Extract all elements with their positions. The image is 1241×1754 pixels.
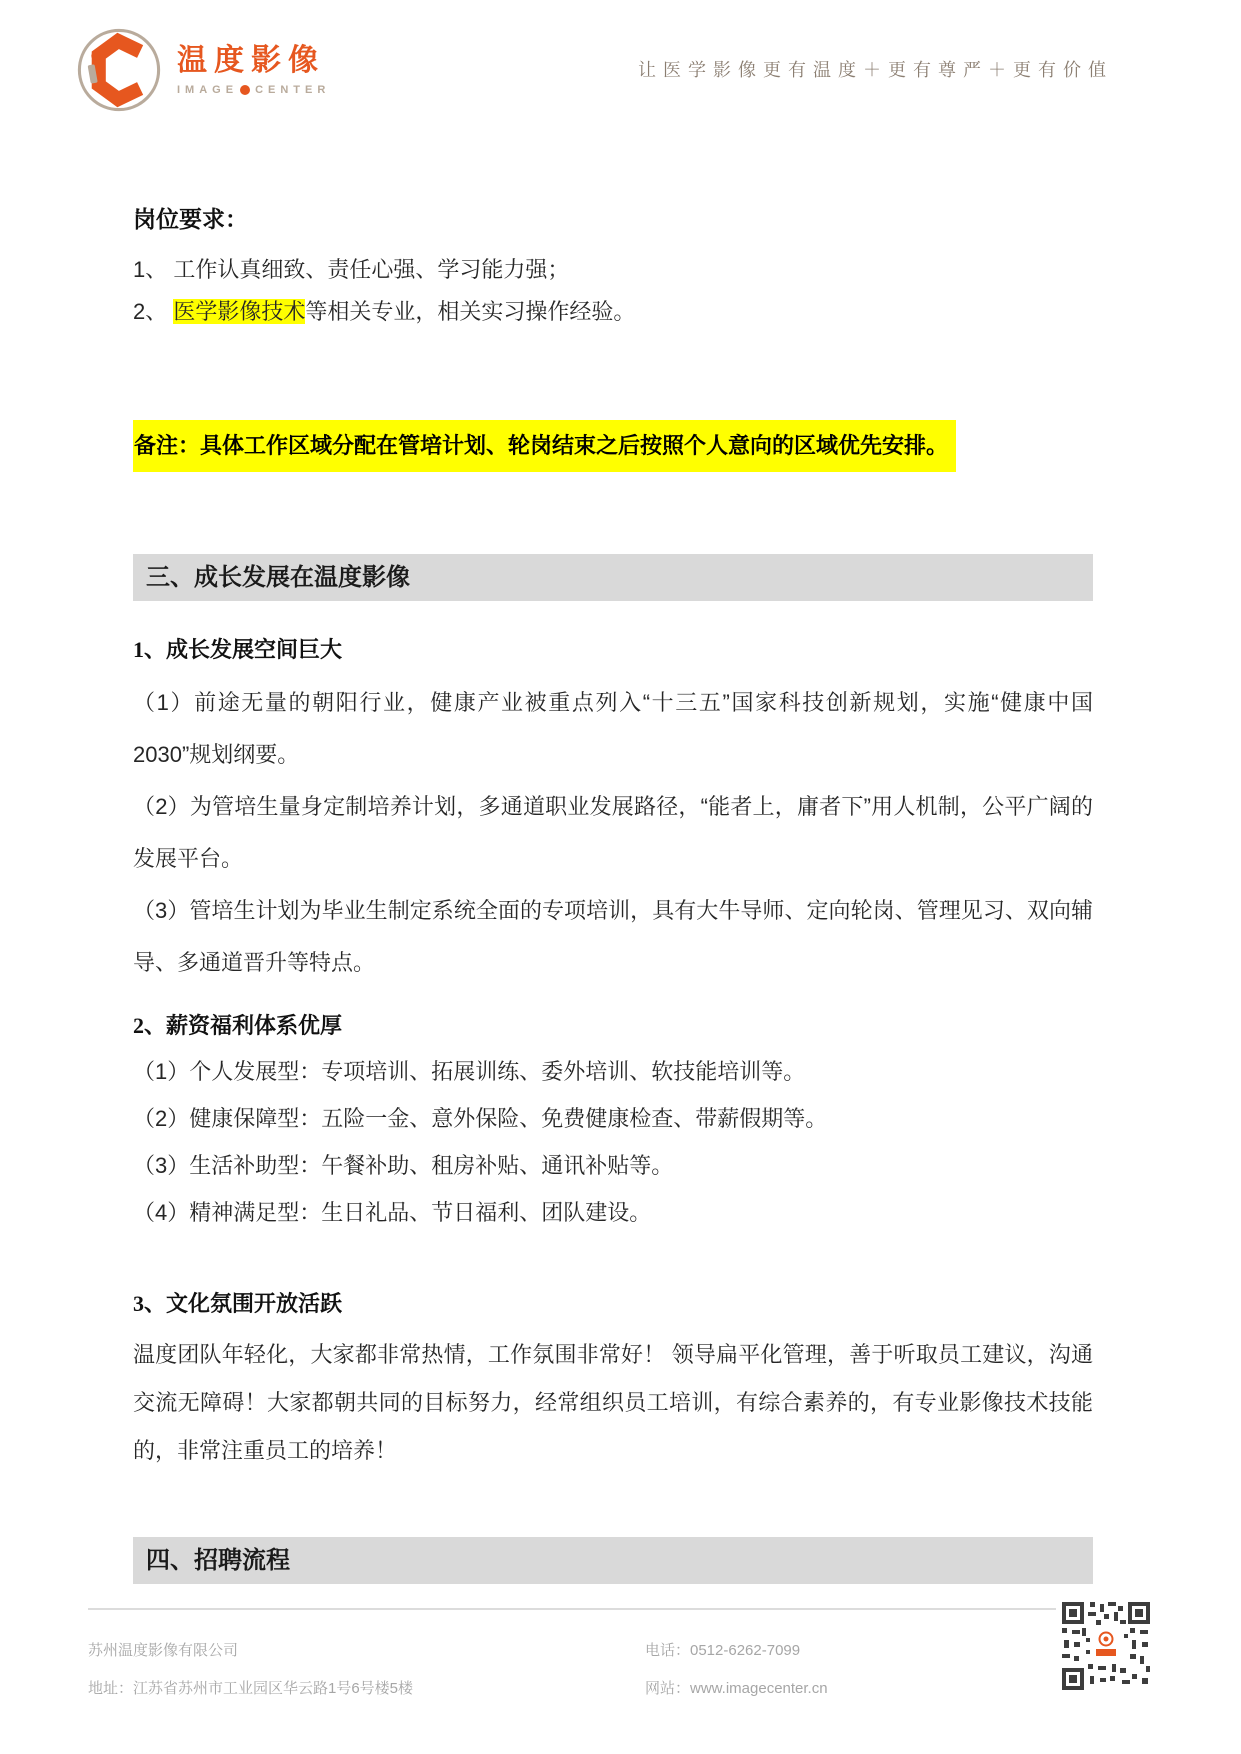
footer-website: 网站：www.imagecenter.cn	[645, 1680, 828, 1698]
benefit-item-3: （3）生活补助型：午餐补助、租房补贴、通讯补贴等。	[133, 1150, 1093, 1182]
note-highlight-banner: 备注：具体工作区域分配在管培计划、轮岗结束之后按照个人意向的区域优先安排。	[133, 420, 956, 472]
requirement-item-2-rest: 等相关专业，相关实习操作经验。	[305, 299, 635, 324]
benefit-item-1: （1）个人发展型：专项培训、拓展训练、委外培训、软技能培训等。	[133, 1056, 1093, 1088]
job-requirements-heading: 岗位要求：	[133, 205, 1093, 235]
document-body: 岗位要求： 1、 工作认真细致、责任心强、学习能力强； 2、 医学影像技术等相关…	[133, 0, 1093, 1584]
footer-company-name: 苏州温度影像有限公司	[88, 1642, 413, 1660]
growth-paragraph-1: （1）前途无量的朝阳行业，健康产业被重点列入“十三五”国家科技创新规划，实施“健…	[133, 677, 1093, 781]
culture-paragraph: 温度团队年轻化，大家都非常热情，工作氛围非常好！ 领导扁平化管理，善于听取员工建…	[133, 1331, 1093, 1475]
footer-address: 地址：江苏省苏州市工业园区华云路1号6号楼5楼	[88, 1680, 413, 1698]
requirement-item-1: 1、 工作认真细致、责任心强、学习能力强；	[133, 254, 1093, 286]
document-page: 温度影像 IMAGE CENTER 让医学影像更有温度＋更有尊严＋更有价值 岗位…	[0, 0, 1241, 1754]
subsection-1-heading: 1、成长发展空间巨大	[133, 635, 1093, 665]
benefit-item-4: （4）精神满足型：生日礼品、节日福利、团队建设。	[133, 1197, 1093, 1229]
benefit-item-2: （2）健康保障型：五险一金、意外保险、免费健康检查、带薪假期等。	[133, 1103, 1093, 1135]
growth-paragraph-3: （3）管培生计划为毕业生制定系统全面的专项培训，具有大牛导师、定向轮岗、管理见习…	[133, 885, 1093, 989]
highlighted-text-medical-imaging: 医学影像技术	[173, 299, 305, 324]
qr-code	[1060, 1600, 1152, 1692]
footer-contact-block: 电话：0512-6262-7099 网站：www.imagecenter.cn	[645, 1642, 828, 1698]
subsection-2-heading: 2、薪资福利体系优厚	[133, 1011, 1093, 1041]
section-3-title-bar: 三、成长发展在温度影像	[133, 554, 1093, 601]
footer-phone: 电话：0512-6262-7099	[645, 1642, 828, 1660]
subsection-3-heading: 3、文化氛围开放活跃	[133, 1289, 1093, 1319]
footer-company-block: 苏州温度影像有限公司 地址：江苏省苏州市工业园区华云路1号6号楼5楼	[88, 1642, 413, 1698]
requirement-item-2: 2、 医学影像技术等相关专业，相关实习操作经验。	[133, 296, 1093, 328]
growth-paragraph-2: （2）为管培生量身定制培养计划，多通道职业发展路径，“能者上，庸者下”用人机制，…	[133, 781, 1093, 885]
section-4-title-bar: 四、招聘流程	[133, 1537, 1093, 1584]
requirement-item-2-num: 2、	[133, 299, 173, 324]
footer-divider	[88, 1608, 1056, 1610]
page-footer: 苏州温度影像有限公司 地址：江苏省苏州市工业园区华云路1号6号楼5楼 电话：05…	[88, 1608, 1160, 1728]
